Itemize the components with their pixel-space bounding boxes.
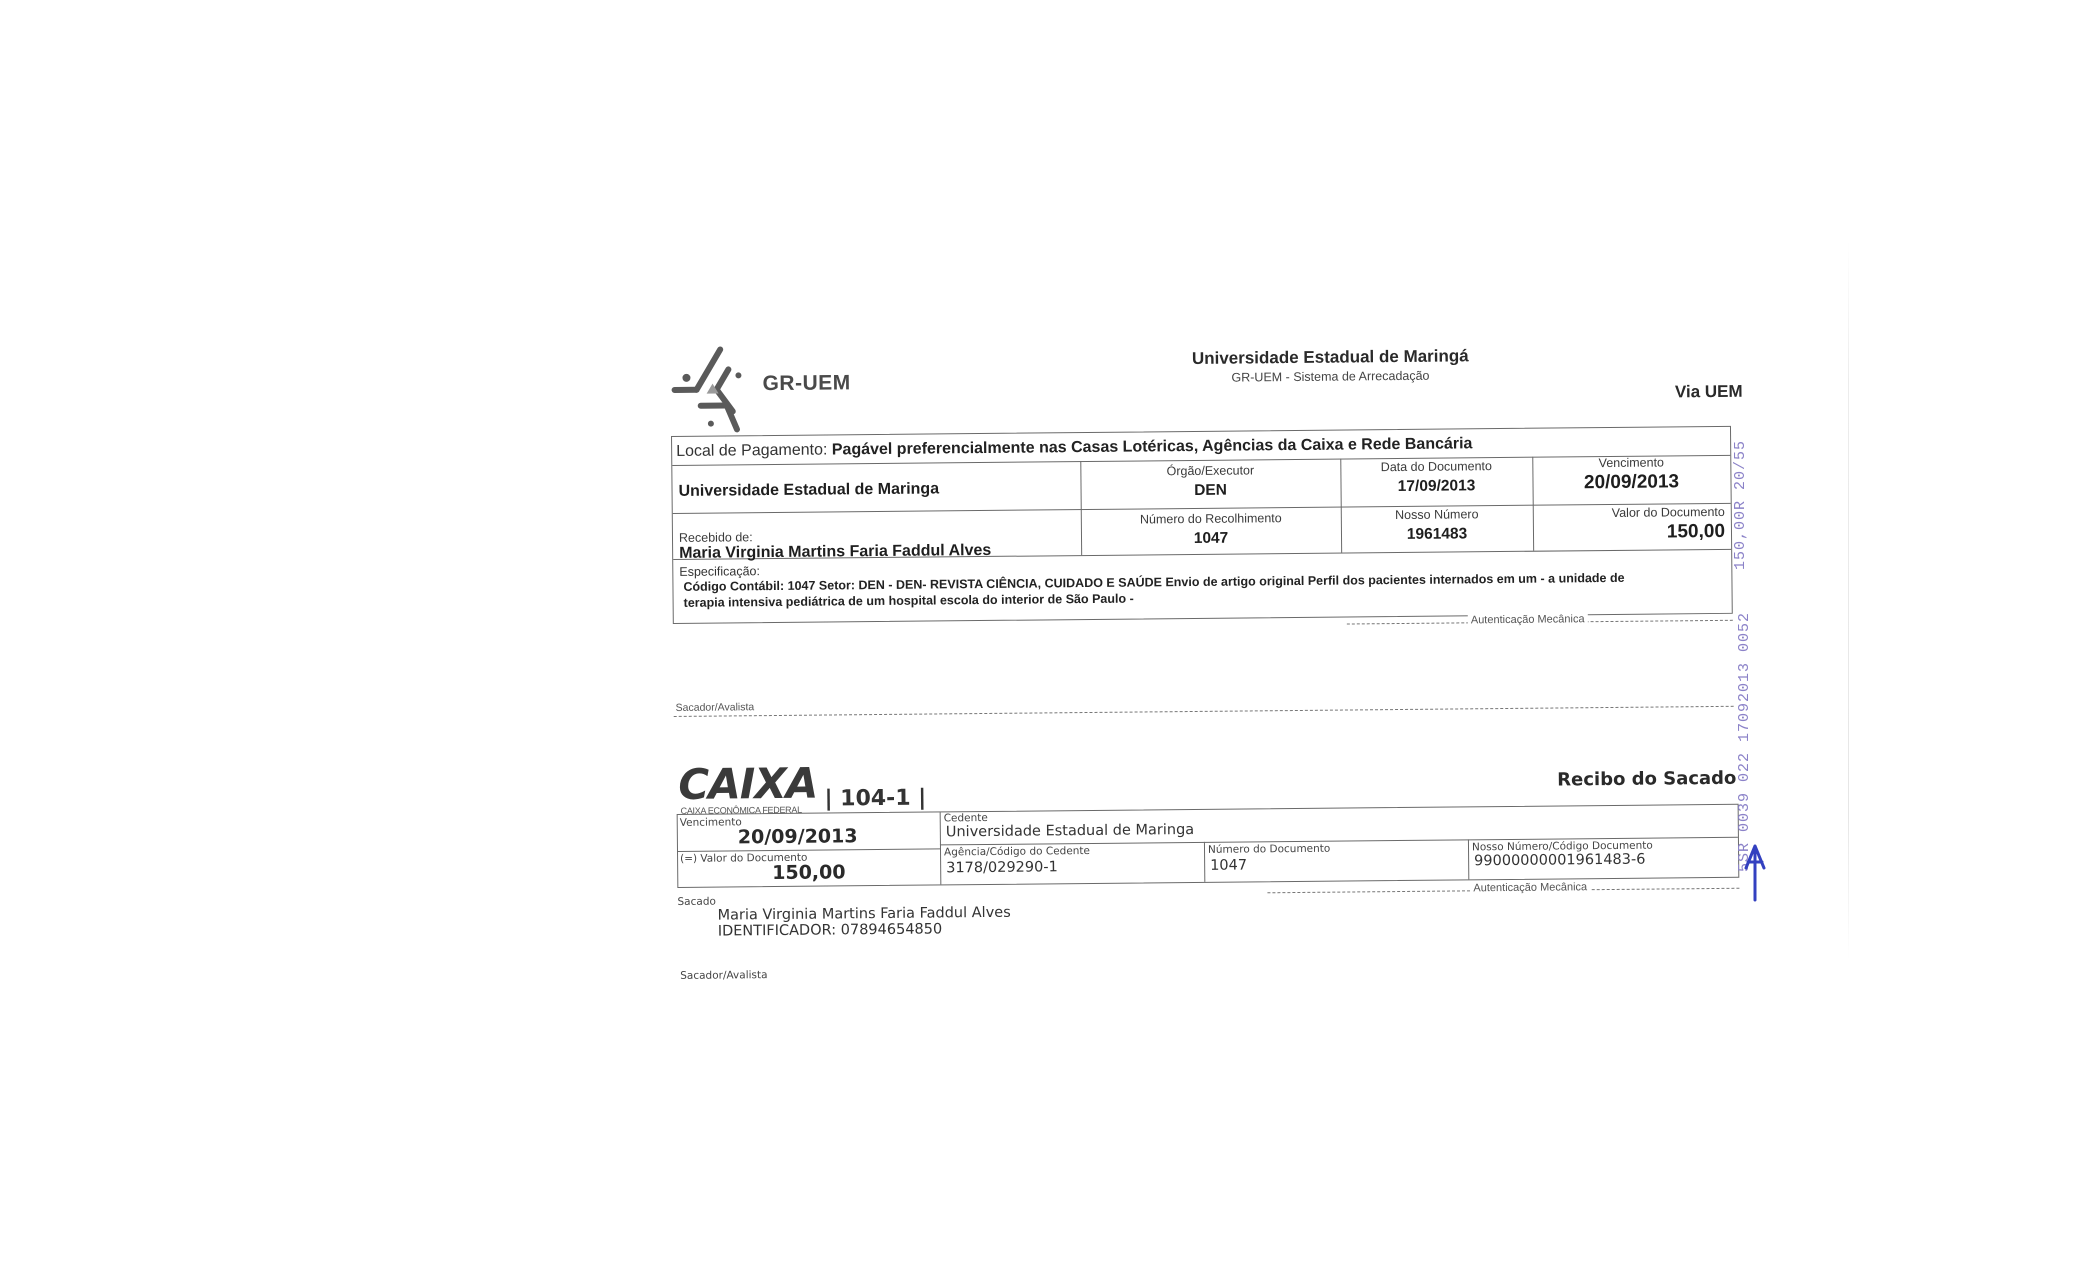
our-number-code-value: 99000000001961483-6 — [1474, 852, 1645, 870]
auth-stamp-value: 150,00R 20/55 — [1732, 440, 1749, 570]
agency-code-value: 3178/029290-1 — [946, 859, 1058, 876]
due-date-value: 20/09/2013 — [1532, 471, 1730, 495]
payment-location: Local de Pagamento: Pagável preferencial… — [676, 435, 1472, 461]
caixa-logo: CAIXA — [678, 759, 817, 809]
payment-info-box: Local de Pagamento: Pagável preferencial… — [671, 426, 1733, 624]
our-number-label: Nosso Número — [1341, 507, 1533, 523]
specification-text: Código Contábil: 1047 Setor: DEN - DEN- … — [683, 569, 1723, 611]
sacado-label: Sacado — [677, 896, 716, 908]
document-date-label: Data do Documento — [1340, 459, 1532, 475]
cedente-label: Cedente — [944, 812, 988, 824]
collection-number-value: 1047 — [1081, 529, 1341, 549]
payment-location-label: Local de Pagamento: — [676, 441, 827, 459]
drawer-guarantor-label: Sacador/Avalista — [676, 701, 755, 714]
gr-uem-logo-icon — [670, 337, 761, 438]
logo-text: GR-UEM — [762, 371, 850, 396]
copy-label: Via UEM — [1675, 382, 1743, 403]
payment-slip-document: GR-UEM Universidade Estadual de Maringá … — [670, 320, 1756, 1010]
institution-title: Universidade Estadual de Maringá — [1090, 345, 1570, 370]
orgao-value: DEN — [1080, 481, 1340, 501]
collection-number-label: Número do Recolhimento — [1081, 511, 1341, 527]
orgao-label: Órgão/Executor — [1080, 463, 1340, 479]
beneficiary-name: Universidade Estadual de Maringa — [678, 480, 939, 501]
received-from-value: Maria Virginia Martins Faria Faddul Alve… — [679, 542, 991, 563]
payment-location-value: Pagável preferencialmente nas Casas Loté… — [832, 435, 1473, 458]
receipt-value: 150,00 — [772, 861, 846, 884]
document-value: 150,00 — [1667, 521, 1725, 544]
handwritten-arrow-icon — [1742, 842, 1768, 902]
bank-code: | 104-1 | — [824, 786, 926, 812]
received-from-label: Recebido de: — [679, 530, 753, 545]
due-date-label: Vencimento — [1532, 455, 1730, 471]
system-subtitle: GR-UEM - Sistema de Arrecadação — [1090, 367, 1570, 386]
receipt-box: Vencimento 20/09/2013 Cedente Universida… — [677, 804, 1740, 888]
agency-code-label: Agência/Código do Cedente — [944, 845, 1090, 858]
our-number-value: 1961483 — [1341, 525, 1533, 545]
scan-edge — [1848, 240, 1849, 960]
document-date-value: 17/09/2013 — [1340, 477, 1532, 497]
receipt-mechanical-auth-label: Autenticação Mecânica — [1470, 881, 1590, 894]
receipt-drawer-guarantor-label: Sacador/Avalista — [680, 969, 767, 982]
mechanical-auth-label: Autenticação Mecânica — [1468, 613, 1588, 626]
specification-label: Especificação: — [679, 564, 760, 579]
receipt-due-date-value: 20/09/2013 — [738, 825, 858, 848]
receipt-title: Recibo do Sacado — [1557, 768, 1736, 791]
cedente-value: Universidade Estadual de Maringa — [946, 822, 1194, 840]
document-number-label: Número do Documento — [1208, 843, 1330, 856]
sacado-name: Maria Virginia Martins Faria Faddul Alve… — [718, 905, 1011, 924]
auth-stamp-code: 5SR 0039 022 17092013 0052 — [1736, 612, 1753, 872]
document-value-label: Valor do Documento — [1612, 505, 1725, 520]
document-number-value: 1047 — [1210, 857, 1247, 873]
sacado-identifier: IDENTIFICADOR: 07894654850 — [718, 921, 943, 939]
receipt-due-date-label: Vencimento — [680, 816, 742, 829]
